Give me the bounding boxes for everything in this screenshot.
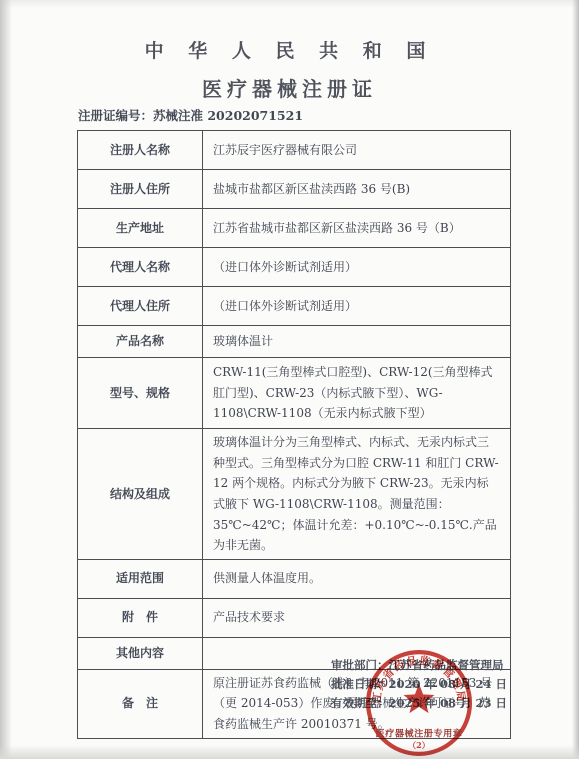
row-value: 江苏辰宇医疗器械有限公司	[203, 131, 511, 170]
row-value: 玻璃体温计	[203, 326, 511, 358]
page-edge-shadow-top	[0, 0, 579, 8]
official-seal-stamp: 江苏省药品监督管理局 医疗器械注册专用章 （2）	[362, 646, 476, 759]
page-edge-shadow-bottom	[0, 745, 579, 759]
seal-center-text: 医疗器械注册专用章	[376, 728, 463, 740]
country-title: 中 华 人 民 共 和 国	[0, 36, 579, 63]
row-label: 结构及组成	[78, 429, 203, 560]
row-value: （进口体外诊断试剂适用）	[203, 287, 511, 326]
row-label: 代理人住所	[78, 287, 203, 326]
certificate-header: 中 华 人 民 共 和 国 医疗器械注册证	[0, 36, 579, 102]
row-label: 注册人名称	[78, 131, 203, 170]
table-row: 注册人住所 盐城市盐都区新区盐渎西路 36 号(B)	[78, 170, 511, 209]
table-row: 产品名称 玻璃体温计	[78, 326, 511, 358]
row-value: CRW-11(三角型棒式口腔型)、CRW-12(三角型棒式肛门型)、CRW-23…	[203, 358, 511, 429]
table-row: 型号、规格 CRW-11(三角型棒式口腔型)、CRW-12(三角型棒式肛门型)、…	[78, 358, 511, 429]
row-label: 生产地址	[78, 209, 203, 248]
row-value: （进口体外诊断试剂适用）	[203, 248, 511, 287]
table-row: 适用范围 供测量人体温度用。	[78, 559, 511, 598]
table-row: 生产地址 江苏省盐城市盐都区新区盐渎西路 36 号（B）	[78, 209, 511, 248]
table-row: 代理人名称 （进口体外诊断试剂适用）	[78, 248, 511, 287]
row-label: 注册人住所	[78, 170, 203, 209]
row-value: 玻璃体温计分为三角型棒式、内标式、无汞内标式三种型式。三角型棒式分为口腔 CRW…	[203, 429, 511, 560]
row-value: 盐城市盐都区新区盐渎西路 36 号(B)	[203, 170, 511, 209]
registration-number: 注册证编号：苏械注准 20202071521	[78, 106, 303, 124]
certificate-title: 医疗器械注册证	[0, 73, 579, 102]
table-row: 注册人名称 江苏辰宇医疗器械有限公司	[78, 131, 511, 170]
table-row: 代理人住所 （进口体外诊断试剂适用）	[78, 287, 511, 326]
row-label: 备 注	[78, 669, 203, 738]
row-value: 江苏省盐城市盐都区新区盐渎西路 36 号（B）	[203, 209, 511, 248]
page-edge-shadow-left	[0, 0, 12, 759]
page-edge-shadow-right	[572, 0, 579, 759]
table-row: 结构及组成 玻璃体温计分为三角型棒式、内标式、无汞内标式三种型式。三角型棒式分为…	[78, 429, 511, 560]
row-label: 产品名称	[78, 326, 203, 358]
row-label: 其他内容	[78, 637, 203, 669]
row-label: 适用范围	[78, 559, 203, 598]
row-value: 供测量人体温度用。	[203, 559, 511, 598]
row-value: 产品技术要求	[203, 598, 511, 637]
seal-star-icon	[404, 684, 435, 713]
seal-number: （2）	[408, 740, 430, 750]
row-label: 附 件	[78, 598, 203, 637]
table-row: 附 件 产品技术要求	[78, 598, 511, 637]
certificate-page: 中 华 人 民 共 和 国 医疗器械注册证 注册证编号：苏械注准 2020207…	[0, 0, 579, 759]
row-label: 型号、规格	[78, 358, 203, 429]
row-label: 代理人名称	[78, 248, 203, 287]
